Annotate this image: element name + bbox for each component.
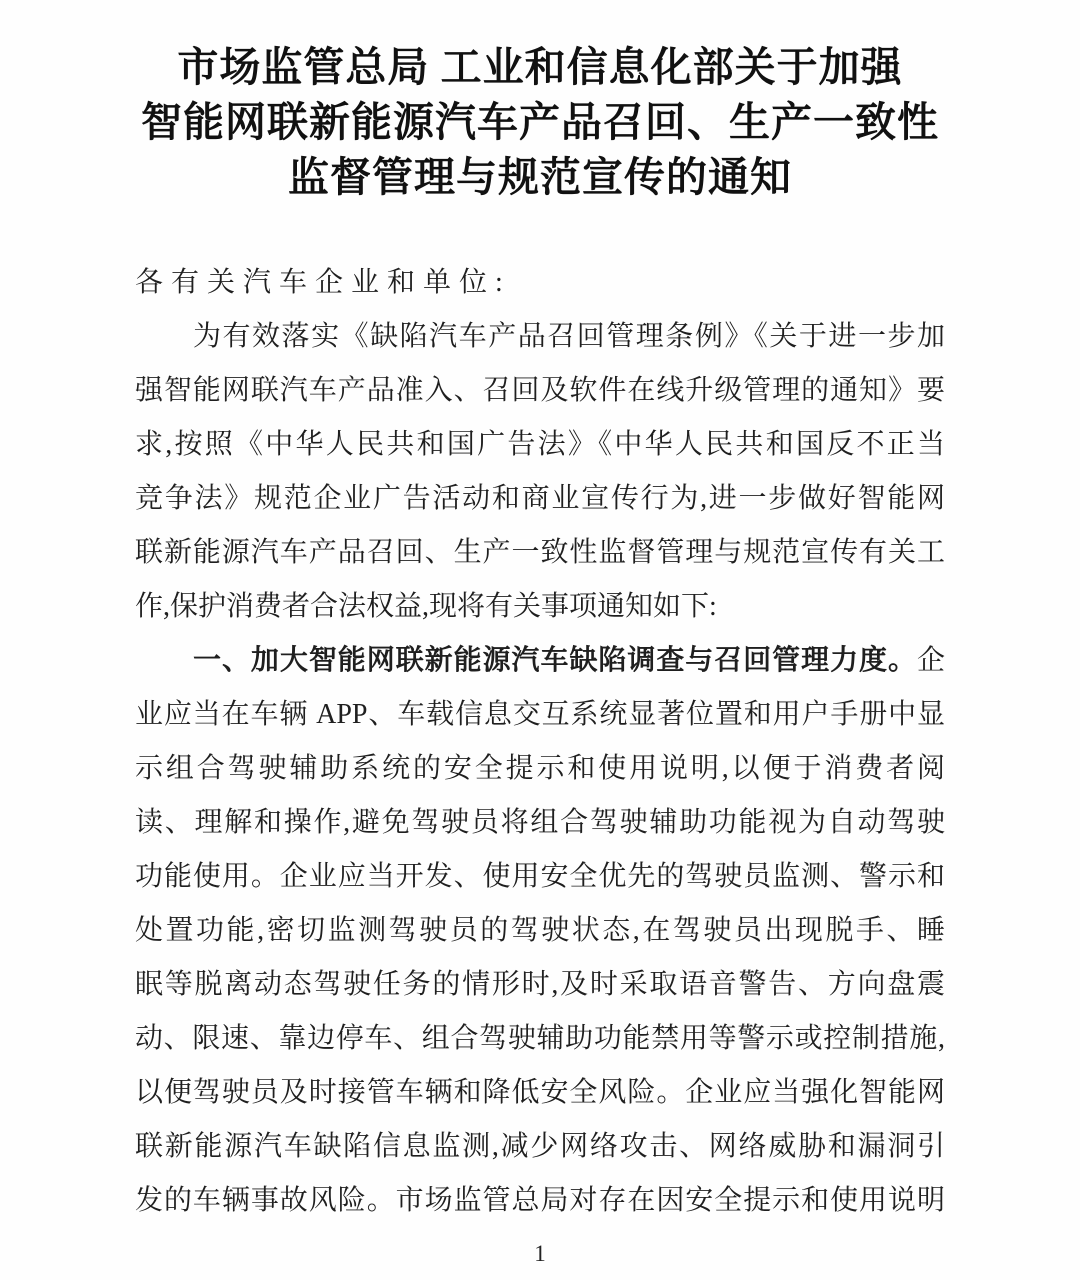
body-line: 求,按照《中华人民共和国广告法》《中华人民共和国反不正当 xyxy=(135,418,945,472)
title-line-3: 监督管理与规范宣传的通知 xyxy=(0,150,1080,205)
body-line: 动、限速、靠边停车、组合驾驶辅助功能禁用等警示或控制措施, xyxy=(135,1012,945,1066)
body-line: 竞争法》规范企业广告活动和商业宣传行为,进一步做好智能网 xyxy=(135,472,945,526)
body-line: 以便驾驶员及时接管车辆和降低安全风险。企业应当强化智能网 xyxy=(135,1066,945,1120)
body-line: 业应当在车辆 APP、车载信息交互系统显著位置和用户手册中显 xyxy=(135,688,945,742)
body-line: 联新能源汽车缺陷信息监测,减少网络攻击、网络威胁和漏洞引 xyxy=(135,1120,945,1174)
body-line: 眠等脱离动态驾驶任务的情形时,及时采取语音警告、方向盘震 xyxy=(135,958,945,1012)
body-line: 一、加大智能网联新能源汽车缺陷调查与召回管理力度。企 xyxy=(135,634,945,688)
body-line: 处置功能,密切监测驾驶员的驾驶状态,在驾驶员出现脱手、睡 xyxy=(135,904,945,958)
title-line-2: 智能网联新能源汽车产品召回、生产一致性 xyxy=(0,95,1080,150)
body-line: 作,保护消费者合法权益,现将有关事项通知如下: xyxy=(135,580,945,634)
title-line-1: 市场监管总局 工业和信息化部关于加强 xyxy=(0,40,1080,95)
body-line: 发的车辆事故风险。市场监管总局对存在因安全提示和使用说明 xyxy=(135,1174,945,1228)
body-line: 功能使用。企业应当开发、使用安全优先的驾驶员监测、警示和 xyxy=(135,850,945,904)
page-number: 1 xyxy=(0,1241,1080,1267)
document-body: 各有关汽车企业和单位:为有效落实《缺陷汽车产品召回管理条例》《关于进一步加强智能… xyxy=(135,256,945,1228)
body-line: 读、理解和操作,避免驾驶员将组合驾驶辅助功能视为自动驾驶 xyxy=(135,796,945,850)
body-line: 为有效落实《缺陷汽车产品召回管理条例》《关于进一步加 xyxy=(135,310,945,364)
body-line: 强智能网联汽车产品准入、召回及软件在线升级管理的通知》要 xyxy=(135,364,945,418)
document-page: 市场监管总局 工业和信息化部关于加强 智能网联新能源汽车产品召回、生产一致性 监… xyxy=(0,0,1080,1280)
section-heading: 一、加大智能网联新能源汽车缺陷调查与召回管理力度。 xyxy=(193,645,917,676)
body-line: 联新能源汽车产品召回、生产一致性监督管理与规范宣传有关工 xyxy=(135,526,945,580)
document-title: 市场监管总局 工业和信息化部关于加强 智能网联新能源汽车产品召回、生产一致性 监… xyxy=(0,40,1080,205)
body-line: 各有关汽车企业和单位: xyxy=(135,256,945,310)
body-line: 示组合驾驶辅助系统的安全提示和使用说明,以便于消费者阅 xyxy=(135,742,945,796)
